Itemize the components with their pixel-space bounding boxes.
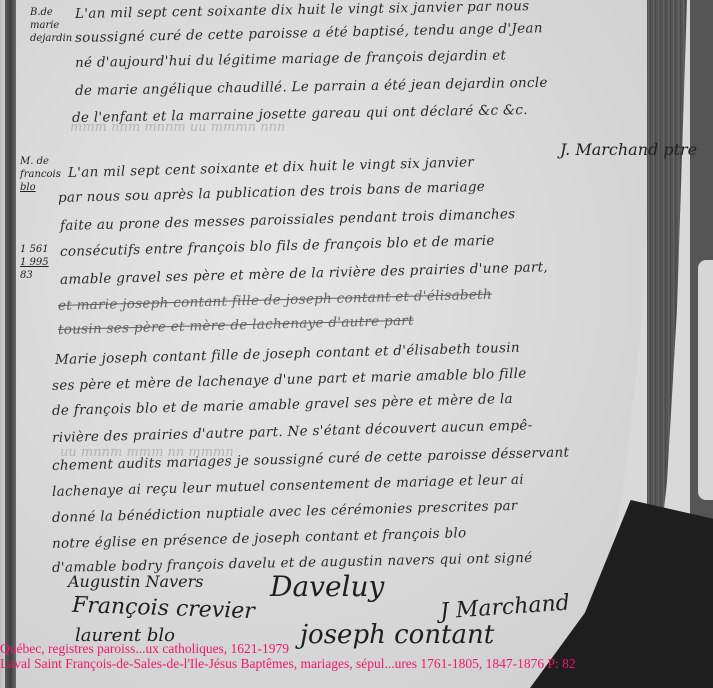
margin-note-line: 83 [20,269,49,282]
margin-note-line: 1 995 [20,256,49,269]
margin-note-line: francois [20,168,61,181]
margin-note-line: M. de [20,155,61,168]
signature-augustin-navers: Augustin Navers [68,572,203,591]
background-light-area [698,260,713,500]
signature-daveluy: Daveluy [270,570,384,603]
margin-note-marriage: M. de francois blo [20,155,61,194]
margin-note-line: dejardin [30,32,72,45]
margin-note-numbers: 1 561 1 995 83 [20,243,49,282]
margin-note-line: 1 561 [20,243,49,256]
margin-note-line: blo [20,181,61,194]
book-gutter [5,0,16,688]
signature-joseph-contant: joseph contant [300,620,494,650]
priest-signature-1: J. Marchand ptre [560,140,697,159]
margin-note-line: B.de [30,6,72,19]
margin-note-line: marie [30,19,72,32]
document-scan: mmm nnm mnnm uu mmmn nnn uu mnnm mmm nn … [0,0,713,688]
collection-caption: Québec, registres paroiss...ux catholiqu… [0,642,289,656]
record-caption: Laval Saint François-de-Sales-de-l'Ile-J… [0,657,576,671]
margin-note-baptism: B.de marie dejardin [30,6,72,45]
